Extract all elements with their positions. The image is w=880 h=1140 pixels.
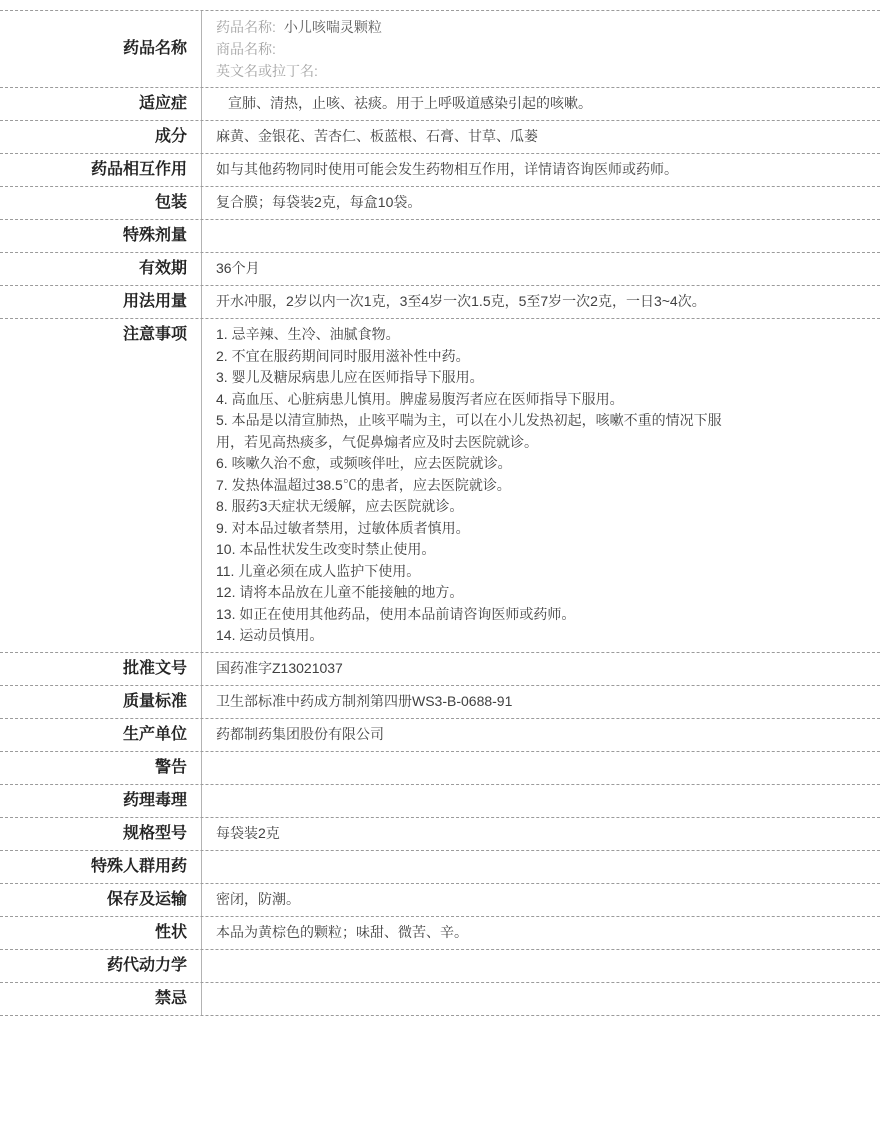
row-label: 保存及运输 <box>0 884 201 916</box>
precaution-item: 7. 发热体温超过38.5℃的患者，应去医院就诊。 <box>216 475 722 497</box>
row-label: 包装 <box>0 187 201 219</box>
table-row-manufacturer: 生产单位 药都制药集团股份有限公司 <box>0 719 880 752</box>
row-content: 药品名称:小儿咳喘灵颗粒 商品名称: 英文名或拉丁名: <box>201 11 880 87</box>
row-value: 密闭，防潮。 <box>216 889 720 911</box>
row-label: 警告 <box>0 752 201 784</box>
row-label: 质量标准 <box>0 686 201 718</box>
row-content <box>201 220 880 252</box>
table-row-specification: 规格型号 每袋装2克 <box>0 818 880 851</box>
table-row-shelf-life: 有效期 36个月 <box>0 253 880 286</box>
row-content: 麻黄、金银花、苦杏仁、板蓝根、石膏、甘草、瓜蒌 <box>201 121 880 153</box>
table-row-special-dosage: 特殊剂量 <box>0 220 880 253</box>
row-label: 药品名称 <box>0 11 201 87</box>
precaution-item: 2. 不宜在服药期间同时服用滋补性中药。 <box>216 346 722 368</box>
row-content: 复合膜；每袋装2克，每盒10袋。 <box>201 187 880 219</box>
precaution-item: 12. 请将本品放在儿童不能接触的地方。 <box>216 582 722 604</box>
row-content: 每袋装2克 <box>201 818 880 850</box>
row-label: 用法用量 <box>0 286 201 318</box>
drug-name-line: 药品名称:小儿咳喘灵颗粒 <box>216 16 860 38</box>
row-label: 特殊剂量 <box>0 220 201 252</box>
table-row-packaging: 包装 复合膜；每袋装2克，每盒10袋。 <box>0 187 880 220</box>
row-content: 如与其他药物同时使用可能会发生药物相互作用，详情请咨询医师或药师。 <box>201 154 880 186</box>
row-value: 国药准字Z13021037 <box>216 658 720 680</box>
row-label: 有效期 <box>0 253 201 285</box>
table-row-contraindications: 禁忌 <box>0 983 880 1016</box>
row-label: 特殊人群用药 <box>0 851 201 883</box>
row-value: 本品为黄棕色的颗粒；味甜、微苦、辛。 <box>216 922 720 944</box>
table-row-dosage-usage: 用法用量 开水冲服，2岁以内一次1克，3至4岁一次1.5克，5至7岁一次2克，一… <box>0 286 880 319</box>
precaution-item: 6. 咳嗽久治不愈，或频咳伴吐，应去医院就诊。 <box>216 453 722 475</box>
table-row-approval-number: 批准文号 国药准字Z13021037 <box>0 653 880 686</box>
row-label: 注意事项 <box>0 319 201 652</box>
row-content <box>201 950 880 982</box>
row-label: 规格型号 <box>0 818 201 850</box>
row-content <box>201 752 880 784</box>
row-value: 开水冲服，2岁以内一次1克，3至4岁一次1.5克，5至7岁一次2克，一日3~4次… <box>216 291 720 313</box>
row-content: 开水冲服，2岁以内一次1克，3至4岁一次1.5克，5至7岁一次2克，一日3~4次… <box>201 286 880 318</box>
row-label: 适应症 <box>0 88 201 120</box>
row-content: 1. 忌辛辣、生冷、油腻食物。 2. 不宜在服药期间同时服用滋补性中药。 3. … <box>201 319 880 652</box>
precaution-item: 11. 儿童必须在成人监护下使用。 <box>216 561 722 583</box>
row-label: 批准文号 <box>0 653 201 685</box>
row-content: 36个月 <box>201 253 880 285</box>
row-value: 药都制药集团股份有限公司 <box>216 724 720 746</box>
row-value: 如与其他药物同时使用可能会发生药物相互作用，详情请咨询医师或药师。 <box>216 159 720 181</box>
table-row-precautions: 注意事项 1. 忌辛辣、生冷、油腻食物。 2. 不宜在服药期间同时服用滋补性中药… <box>0 319 880 653</box>
table-row-pharmacology-toxicology: 药理毒理 <box>0 785 880 818</box>
row-content: 宣肺、清热，止咳、祛痰。用于上呼吸道感染引起的咳嗽。 <box>201 88 880 120</box>
row-label: 生产单位 <box>0 719 201 751</box>
table-row-quality-standard: 质量标准 卫生部标准中药成方制剂第四册WS3-B-0688-91 <box>0 686 880 719</box>
row-content <box>201 785 880 817</box>
precaution-item: 1. 忌辛辣、生冷、油腻食物。 <box>216 324 722 346</box>
row-label: 性状 <box>0 917 201 949</box>
row-content: 卫生部标准中药成方制剂第四册WS3-B-0688-91 <box>201 686 880 718</box>
row-value: 卫生部标准中药成方制剂第四册WS3-B-0688-91 <box>216 691 720 713</box>
drug-info-table: 药品名称 药品名称:小儿咳喘灵颗粒 商品名称: 英文名或拉丁名: 适应症 宣肺、… <box>0 10 880 1016</box>
row-content <box>201 851 880 883</box>
table-row-ingredients: 成分 麻黄、金银花、苦杏仁、板蓝根、石膏、甘草、瓜蒌 <box>0 121 880 154</box>
row-label: 药代动力学 <box>0 950 201 982</box>
precaution-item: 14. 运动员慎用。 <box>216 625 722 647</box>
drug-info-page: 药品名称 药品名称:小儿咳喘灵颗粒 商品名称: 英文名或拉丁名: 适应症 宣肺、… <box>0 0 880 1140</box>
precaution-item: 9. 对本品过敏者禁用，过敏体质者慎用。 <box>216 518 722 540</box>
precaution-item: 3. 婴儿及糖尿病患儿应在医师指导下服用。 <box>216 367 722 389</box>
row-label: 成分 <box>0 121 201 153</box>
field-value-drug-name: 小儿咳喘灵颗粒 <box>284 19 382 35</box>
row-value: 宣肺、清热，止咳、祛痰。用于上呼吸道感染引起的咳嗽。 <box>216 93 720 115</box>
field-label-latin-name: 英文名或拉丁名: <box>216 63 318 79</box>
precaution-item: 5. 本品是以清宣肺热，止咳平喘为主，可以在小儿发热初起，咳嗽不重的情况下服用，… <box>216 410 722 453</box>
field-label-trade-name: 商品名称: <box>216 41 276 57</box>
row-value: 36个月 <box>216 258 720 280</box>
row-content: 本品为黄棕色的颗粒；味甜、微苦、辛。 <box>201 917 880 949</box>
row-label: 药理毒理 <box>0 785 201 817</box>
table-row-description: 性状 本品为黄棕色的颗粒；味甜、微苦、辛。 <box>0 917 880 950</box>
precaution-item: 10. 本品性状发生改变时禁止使用。 <box>216 539 722 561</box>
row-content <box>201 983 880 1015</box>
table-row-warning: 警告 <box>0 752 880 785</box>
row-value: 复合膜；每袋装2克，每盒10袋。 <box>216 192 720 214</box>
field-label-drug-name: 药品名称: <box>216 19 276 35</box>
table-row-special-populations: 特殊人群用药 <box>0 851 880 884</box>
row-content: 密闭，防潮。 <box>201 884 880 916</box>
row-label: 药品相互作用 <box>0 154 201 186</box>
table-row-drug-name: 药品名称 药品名称:小儿咳喘灵颗粒 商品名称: 英文名或拉丁名: <box>0 11 880 88</box>
row-content: 国药准字Z13021037 <box>201 653 880 685</box>
precaution-item: 8. 服药3天症状无缓解，应去医院就诊。 <box>216 496 722 518</box>
precaution-item: 13. 如正在使用其他药品，使用本品前请咨询医师或药师。 <box>216 604 722 626</box>
trade-name-line: 商品名称: <box>216 38 860 60</box>
row-value: 麻黄、金银花、苦杏仁、板蓝根、石膏、甘草、瓜蒌 <box>216 126 720 148</box>
row-label: 禁忌 <box>0 983 201 1015</box>
table-row-storage-transport: 保存及运输 密闭，防潮。 <box>0 884 880 917</box>
table-row-indications: 适应症 宣肺、清热，止咳、祛痰。用于上呼吸道感染引起的咳嗽。 <box>0 88 880 121</box>
row-value: 每袋装2克 <box>216 823 720 845</box>
table-row-pharmacokinetics: 药代动力学 <box>0 950 880 983</box>
row-content: 药都制药集团股份有限公司 <box>201 719 880 751</box>
table-row-drug-interactions: 药品相互作用 如与其他药物同时使用可能会发生药物相互作用，详情请咨询医师或药师。 <box>0 154 880 187</box>
precaution-item: 4. 高血压、心脏病患儿慎用。脾虚易腹泻者应在医师指导下服用。 <box>216 389 722 411</box>
latin-name-line: 英文名或拉丁名: <box>216 60 860 82</box>
